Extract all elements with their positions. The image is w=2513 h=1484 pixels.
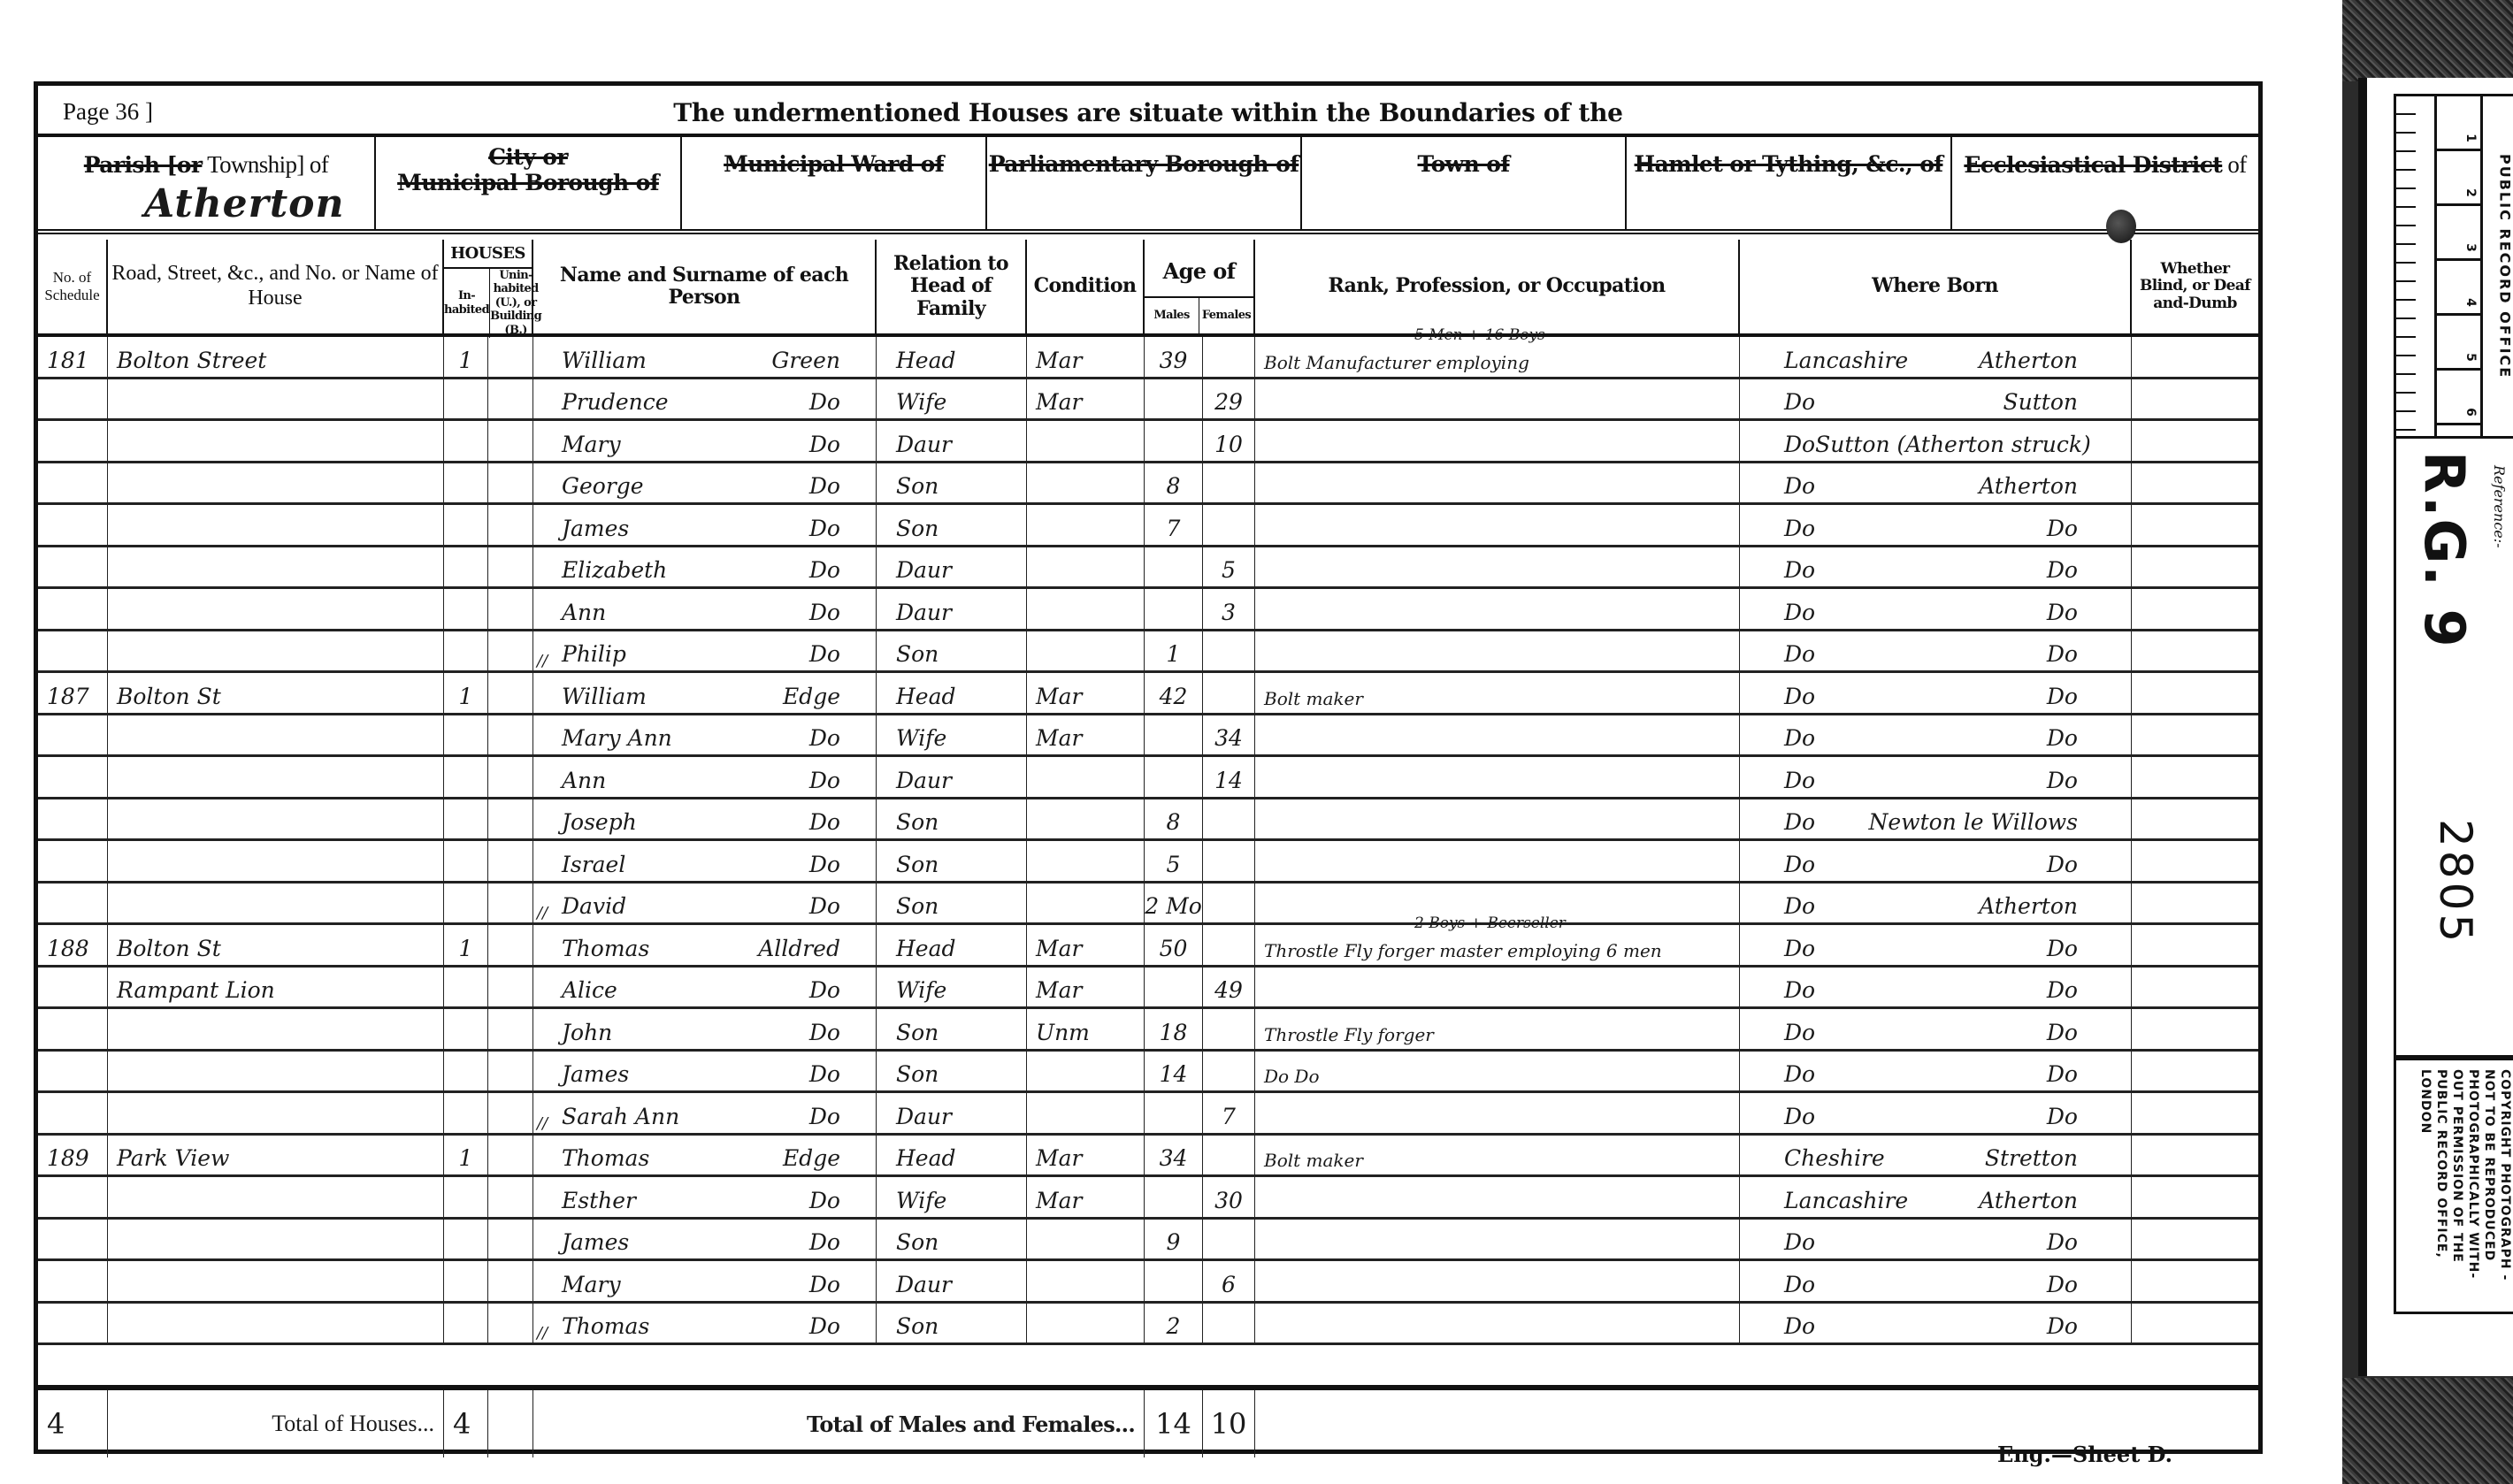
male-age <box>1145 757 1203 797</box>
forename: Mary <box>562 1272 621 1297</box>
male-age: 1 <box>1145 631 1203 671</box>
road-name <box>108 1220 444 1259</box>
person-name: JohnDo <box>533 1009 877 1049</box>
inhabited-count <box>444 379 488 419</box>
archive-card: 123456 PUBLIC RECORD OFFICE Reference:- … <box>2358 78 2513 1376</box>
blind-deaf <box>2132 841 2258 881</box>
male-age <box>1145 1177 1203 1217</box>
ward-label: Municipal Ward of <box>724 151 944 177</box>
uninhabited-count <box>488 1261 533 1301</box>
inhabited-count <box>444 715 488 755</box>
occupation-text: Bolt maker <box>1264 1150 1363 1171</box>
relation: Son <box>877 841 1027 881</box>
relation: Son <box>877 1052 1027 1091</box>
relation: Son <box>877 505 1027 545</box>
table-row: PrudenceDoWifeMar29DoSutton <box>38 379 2258 422</box>
forename: Ann <box>562 768 606 793</box>
forename: Ann <box>562 600 606 625</box>
schedule-number <box>38 799 108 839</box>
age-subcols: Males Females <box>1145 298 1253 333</box>
forename: William <box>562 684 647 709</box>
reference-box: Reference:- R.G. 9 2805 <box>2394 439 2513 1058</box>
forename: Mary Ann <box>562 725 672 751</box>
occupation <box>1255 715 1740 755</box>
where-born: CheshireStretton <box>1740 1136 2132 1175</box>
person-name: JamesDo <box>533 1052 877 1091</box>
female-age: 49 <box>1203 968 1255 1007</box>
reference-piece: 2805 <box>2430 819 2481 945</box>
parliamentary-label: Parliamentary Borough of <box>989 151 1299 177</box>
blind-deaf <box>2132 925 2258 965</box>
table-row: 189Park View1ThomasEdgeHeadMar34Bolt mak… <box>38 1136 2258 1178</box>
surname: Do <box>809 641 840 667</box>
inhabited-count <box>444 757 488 797</box>
table-row: JohnDoSonUnm18Throstle Fly forgerDoDo <box>38 1009 2258 1052</box>
blind-deaf <box>2132 1261 2258 1301</box>
blind-deaf <box>2132 884 2258 923</box>
where-born: DoDo <box>1740 757 2132 797</box>
relation: Daur <box>877 589 1027 629</box>
born-place: Do <box>2047 684 2078 709</box>
forename: Esther <box>562 1188 636 1213</box>
boundary-row: Parish [or Township] of Atherton City or… <box>38 137 2258 234</box>
forename: Joseph <box>562 809 637 835</box>
table-row: MaryDoDaur10DoSutton (Atherton struck) <box>38 421 2258 463</box>
copyright-box: COPYRIGHT PHOTOGRAPH - NOT TO BE REPRODU… <box>2394 1058 2513 1314</box>
age-label: Age of <box>1145 240 1253 298</box>
born-county: Do <box>1784 1272 1815 1297</box>
where-born: DoDo <box>1740 1009 2132 1049</box>
born-place: Do <box>2047 1229 2078 1255</box>
person-name: //PhilipDo <box>533 631 877 671</box>
inhabited-count <box>444 1177 488 1217</box>
schedule-number <box>38 421 108 461</box>
occupation-text: Bolt Manufacturer employing <box>1264 352 1529 373</box>
person-name: Mary AnnDo <box>533 715 877 755</box>
household-end-mark: // <box>537 1324 548 1342</box>
total-males: 14 <box>1145 1390 1203 1457</box>
female-age: 5 <box>1203 547 1255 587</box>
table-row: MaryDoDaur6DoDo <box>38 1261 2258 1304</box>
born-county: Lancashire <box>1784 348 1908 373</box>
occupation <box>1255 1261 1740 1301</box>
female-age: 7 <box>1203 1093 1255 1133</box>
schedule-number <box>38 505 108 545</box>
scale-ruler: 123456 PUBLIC RECORD OFFICE <box>2394 94 2513 439</box>
forename: William <box>562 348 647 373</box>
relation: Daur <box>877 547 1027 587</box>
inhabited-count <box>444 1009 488 1049</box>
film-edge-top <box>2342 0 2513 81</box>
where-born: DoDo <box>1740 715 2132 755</box>
table-row: //ThomasDoSon2DoDo <box>38 1304 2258 1346</box>
sheet-header: Page 36 ] The undermentioned Houses are … <box>38 86 2258 137</box>
schedule-number <box>38 1261 108 1301</box>
copyright-notice: COPYRIGHT PHOTOGRAPH - NOT TO BE REPRODU… <box>2407 1069 2513 1308</box>
film-edge-bottom <box>2342 1378 2513 1484</box>
blind-deaf <box>2132 463 2258 503</box>
blind-deaf <box>2132 337 2258 377</box>
inhabited-count <box>444 1261 488 1301</box>
col-age: Age of Males Females <box>1145 240 1255 333</box>
road-name: Bolton St <box>108 925 444 965</box>
relation: Wife <box>877 968 1027 1007</box>
blind-deaf <box>2132 1136 2258 1175</box>
forename: James <box>562 1061 629 1087</box>
uninhabited-count <box>488 799 533 839</box>
male-age: 42 <box>1145 673 1203 713</box>
inhabited-count: 1 <box>444 337 488 377</box>
table-row: 187Bolton St1WilliamEdgeHeadMar42Bolt ma… <box>38 673 2258 715</box>
female-age <box>1203 1009 1255 1049</box>
female-age <box>1203 337 1255 377</box>
uninhabited-count <box>488 757 533 797</box>
occupation-text: Throstle Fly forger <box>1264 1024 1434 1045</box>
schedule-number <box>38 589 108 629</box>
reference-series: R.G. 9 <box>2412 451 2477 649</box>
born-place: Atherton <box>1979 473 2078 499</box>
total-houses-label: Total of Houses... <box>108 1390 444 1457</box>
road-name <box>108 1304 444 1343</box>
person-name: MaryDo <box>533 1261 877 1301</box>
where-born: DoAtherton <box>1740 884 2132 923</box>
born-county: Do <box>1784 641 1815 667</box>
surname: Do <box>809 516 840 541</box>
condition <box>1027 841 1145 881</box>
surname: Do <box>809 893 840 919</box>
surname: Do <box>809 852 840 877</box>
relation: Wife <box>877 715 1027 755</box>
schedule-number <box>38 1220 108 1259</box>
relation: Daur <box>877 421 1027 461</box>
born-county: Do <box>1784 725 1815 751</box>
where-born: DoDo <box>1740 1220 2132 1259</box>
road-name <box>108 1177 444 1217</box>
town-label: Town of <box>1417 151 1509 177</box>
road-name <box>108 631 444 671</box>
female-age <box>1203 925 1255 965</box>
inhabited-count <box>444 421 488 461</box>
occupation <box>1255 841 1740 881</box>
born-place: Stretton <box>1985 1145 2078 1171</box>
relation: Daur <box>877 1261 1027 1301</box>
table-row: IsraelDoSon5DoDo <box>38 841 2258 884</box>
schedule-number <box>38 715 108 755</box>
ruler-title: PUBLIC RECORD OFFICE <box>2485 96 2513 436</box>
born-place: Do <box>2047 936 2078 961</box>
condition <box>1027 884 1145 923</box>
where-born: DoDo <box>1740 1261 2132 1301</box>
schedule-number <box>38 1177 108 1217</box>
total-females: 10 <box>1203 1390 1255 1457</box>
born-place: Do <box>2047 600 2078 625</box>
uninhabited-count <box>488 1136 533 1175</box>
relation: Wife <box>877 1177 1027 1217</box>
table-row: GeorgeDoSon8DoAtherton <box>38 463 2258 506</box>
male-age: 7 <box>1145 505 1203 545</box>
occupation <box>1255 757 1740 797</box>
municipal-borough-label: Municipal Borough of <box>376 170 680 195</box>
surname: Do <box>809 1104 840 1129</box>
table-row: AnnDoDaur3DoDo <box>38 589 2258 631</box>
where-born: DoDo <box>1740 925 2132 965</box>
houses-subcols: In-habited Unin-habited (U.), or Buildin… <box>444 269 532 338</box>
uninhabited-count <box>488 925 533 965</box>
male-age <box>1145 379 1203 419</box>
born-county: Do <box>1784 1061 1815 1087</box>
inhabited-count <box>444 1220 488 1259</box>
occupation: Bolt maker <box>1255 1136 1740 1175</box>
where-born: DoDo <box>1740 1052 2132 1091</box>
boundary-hamlet: Hamlet or Tything, &c., of <box>1627 137 1952 229</box>
township-value: Atherton <box>144 181 345 226</box>
schedule-number <box>38 884 108 923</box>
surname: Do <box>809 977 840 1003</box>
born-county: Do <box>1784 1020 1815 1045</box>
road-name <box>108 589 444 629</box>
person-name: JamesDo <box>533 1220 877 1259</box>
male-age: 8 <box>1145 463 1203 503</box>
relation: Head <box>877 1136 1027 1175</box>
person-name: ThomasEdge <box>533 1136 877 1175</box>
uninhabited-count <box>488 1093 533 1133</box>
household-end-mark: // <box>537 904 548 922</box>
condition <box>1027 547 1145 587</box>
uninhabited-count <box>488 1177 533 1217</box>
condition <box>1027 589 1145 629</box>
forename: Mary <box>562 432 621 457</box>
male-age: 18 <box>1145 1009 1203 1049</box>
born-place: Do <box>2047 1272 2078 1297</box>
inhabited-count <box>444 1093 488 1133</box>
female-age <box>1203 1136 1255 1175</box>
forename: James <box>562 516 629 541</box>
road-name <box>108 463 444 503</box>
road-name <box>108 1261 444 1301</box>
condition <box>1027 1220 1145 1259</box>
occupation: 2 Boys + BeersellerThrostle Fly forger m… <box>1255 925 1740 965</box>
person-name: JosephDo <box>533 799 877 839</box>
wax-seal-icon <box>2106 210 2136 243</box>
boundaries-title: The undermentioned Houses are situate wi… <box>38 98 2258 127</box>
condition <box>1027 1093 1145 1133</box>
male-age <box>1145 968 1203 1007</box>
schedule-number: 188 <box>38 925 108 965</box>
forename: James <box>562 1229 629 1255</box>
schedule-number <box>38 1052 108 1091</box>
col-houses: HOUSES In-habited Unin-habited (U.), or … <box>444 240 533 333</box>
blind-deaf <box>2132 589 2258 629</box>
uninhabited-count <box>488 1220 533 1259</box>
blind-deaf <box>2132 379 2258 419</box>
inhabited-count: 1 <box>444 1136 488 1175</box>
relation: Son <box>877 1304 1027 1343</box>
col-females: Females <box>1199 298 1253 333</box>
born-place: Do <box>2047 557 2078 583</box>
female-age <box>1203 463 1255 503</box>
ecclesiastical-struck-label: Ecclesiastical District <box>1964 152 2222 178</box>
schedule-number <box>38 968 108 1007</box>
condition <box>1027 1261 1145 1301</box>
female-age: 34 <box>1203 715 1255 755</box>
uninhabited-count <box>488 968 533 1007</box>
relation: Head <box>877 925 1027 965</box>
occupation: 5 Men + 16 BoysBolt Manufacturer employi… <box>1255 337 1740 377</box>
condition <box>1027 631 1145 671</box>
person-name: //DavidDo <box>533 884 877 923</box>
born-place: Atherton <box>1979 348 2078 373</box>
born-county: Do <box>1784 936 1815 961</box>
table-row: 181Bolton Street1WilliamGreenHeadMar395 … <box>38 337 2258 379</box>
person-name: //ThomasDo <box>533 1304 877 1343</box>
uninhabited-count <box>488 337 533 377</box>
blind-deaf <box>2132 757 2258 797</box>
boundary-city: City or Municipal Borough of <box>376 137 682 229</box>
male-age <box>1145 589 1203 629</box>
road-name: Bolton St <box>108 673 444 713</box>
occupation-text: Do Do <box>1264 1066 1320 1087</box>
table-body: 181Bolton Street1WilliamGreenHeadMar395 … <box>38 337 2258 1345</box>
schedule-number <box>38 631 108 671</box>
relation: Head <box>877 337 1027 377</box>
female-age <box>1203 841 1255 881</box>
born-county: Do <box>1784 1229 1815 1255</box>
forename: Thomas <box>562 1313 649 1339</box>
condition <box>1027 1052 1145 1091</box>
surname: Do <box>809 432 840 457</box>
condition <box>1027 757 1145 797</box>
blind-deaf <box>2132 1052 2258 1091</box>
born-place: Do <box>2047 1061 2078 1087</box>
occupation: Bolt maker <box>1255 673 1740 713</box>
boundary-ward: Municipal Ward of <box>682 137 987 229</box>
boundary-parish: Parish [or Township] of Atherton <box>38 137 376 229</box>
surname: Do <box>809 725 840 751</box>
occupation-text: Bolt maker <box>1264 688 1363 709</box>
hamlet-label: Hamlet or Tything, &c., of <box>1635 151 1943 177</box>
table-row: 188Bolton St1ThomasAlldredHeadMar502 Boy… <box>38 925 2258 968</box>
total-uninhabited <box>488 1390 533 1457</box>
male-age: 2 Mo <box>1145 884 1203 923</box>
boundary-ecclesiastical: Ecclesiastical District of <box>1952 137 2258 229</box>
blind-deaf <box>2132 1304 2258 1343</box>
occupation <box>1255 505 1740 545</box>
ruler-cm-label: 6 <box>2463 408 2478 417</box>
born-county: Cheshire <box>1784 1145 1885 1171</box>
table-row: //Sarah AnnDoDaur7DoDo <box>38 1093 2258 1136</box>
born-place: Do <box>2047 977 2078 1003</box>
inhabited-count <box>444 968 488 1007</box>
surname: Do <box>809 1188 840 1213</box>
person-name: ThomasAlldred <box>533 925 877 965</box>
male-age: 39 <box>1145 337 1203 377</box>
inhabited-count <box>444 505 488 545</box>
born-place: Do <box>2047 1313 2078 1339</box>
female-age: 29 <box>1203 379 1255 419</box>
forename: Thomas <box>562 1145 649 1171</box>
uninhabited-count <box>488 884 533 923</box>
relation: Wife <box>877 379 1027 419</box>
ecclesiastical-of-label: of <box>2222 151 2246 178</box>
blind-deaf <box>2132 631 2258 671</box>
person-name: AliceDo <box>533 968 877 1007</box>
female-age: 10 <box>1203 421 1255 461</box>
occupation <box>1255 968 1740 1007</box>
born-county: Do <box>1784 516 1815 541</box>
occupation <box>1255 547 1740 587</box>
female-age <box>1203 799 1255 839</box>
forename: Alice <box>562 977 617 1003</box>
ruler-cm-label: 1 <box>2463 134 2478 142</box>
road-name <box>108 884 444 923</box>
road-name <box>108 379 444 419</box>
condition: Mar <box>1027 337 1145 377</box>
relation: Son <box>877 463 1027 503</box>
person-name: MaryDo <box>533 421 877 461</box>
condition <box>1027 505 1145 545</box>
boundary-parliamentary: Parliamentary Borough of <box>987 137 1302 229</box>
blind-deaf <box>2132 673 2258 713</box>
ruler-ticks <box>2396 96 2437 436</box>
schedule-number <box>38 1304 108 1343</box>
relation: Son <box>877 631 1027 671</box>
uninhabited-count <box>488 547 533 587</box>
occupation <box>1255 379 1740 419</box>
where-born: LancashireAtherton <box>1740 337 2132 377</box>
road-name <box>108 505 444 545</box>
road-name <box>108 841 444 881</box>
township-label: Township] of <box>202 151 328 178</box>
schedule-number <box>38 379 108 419</box>
condition <box>1027 1304 1145 1343</box>
person-name: WilliamEdge <box>533 673 877 713</box>
occupation <box>1255 631 1740 671</box>
surname: Do <box>809 1272 840 1297</box>
male-age: 50 <box>1145 925 1203 965</box>
born-place: Do <box>2047 516 2078 541</box>
female-age <box>1203 505 1255 545</box>
occupation: Do Do <box>1255 1052 1740 1091</box>
col-where-born: Where Born <box>1740 240 2132 333</box>
road-name <box>108 1093 444 1133</box>
relation: Son <box>877 1009 1027 1049</box>
occupation <box>1255 1177 1740 1217</box>
ruler-cm-cell: 5 <box>2437 316 2480 371</box>
table-row: Mary AnnDoWifeMar34DoDo <box>38 715 2258 758</box>
condition: Mar <box>1027 968 1145 1007</box>
born-place: Do <box>2047 1104 2078 1129</box>
table-row: //DavidDoSon2 MoDoAtherton <box>38 884 2258 926</box>
male-age: 8 <box>1145 799 1203 839</box>
female-age <box>1203 1052 1255 1091</box>
male-age <box>1145 547 1203 587</box>
inhabited-count <box>444 1304 488 1343</box>
blind-deaf <box>2132 1093 2258 1133</box>
forename: Prudence <box>562 389 669 415</box>
totals-row: 4 Total of Houses... 4 Total of Males an… <box>38 1385 2258 1457</box>
table-row: JamesDoSon14Do DoDoDo <box>38 1052 2258 1094</box>
male-age <box>1145 1261 1203 1301</box>
schedule-number <box>38 1093 108 1133</box>
where-born: LancashireAtherton <box>1740 1177 2132 1217</box>
male-age <box>1145 1093 1203 1133</box>
uninhabited-count <box>488 1009 533 1049</box>
person-name: AnnDo <box>533 589 877 629</box>
table-row: //PhilipDoSon1DoDo <box>38 631 2258 674</box>
col-road: Road, Street, &c., and No. or Name of Ho… <box>108 240 444 333</box>
parish-struck-label: Parish [or <box>84 152 203 178</box>
ruler-cm-label: 2 <box>2463 188 2478 197</box>
